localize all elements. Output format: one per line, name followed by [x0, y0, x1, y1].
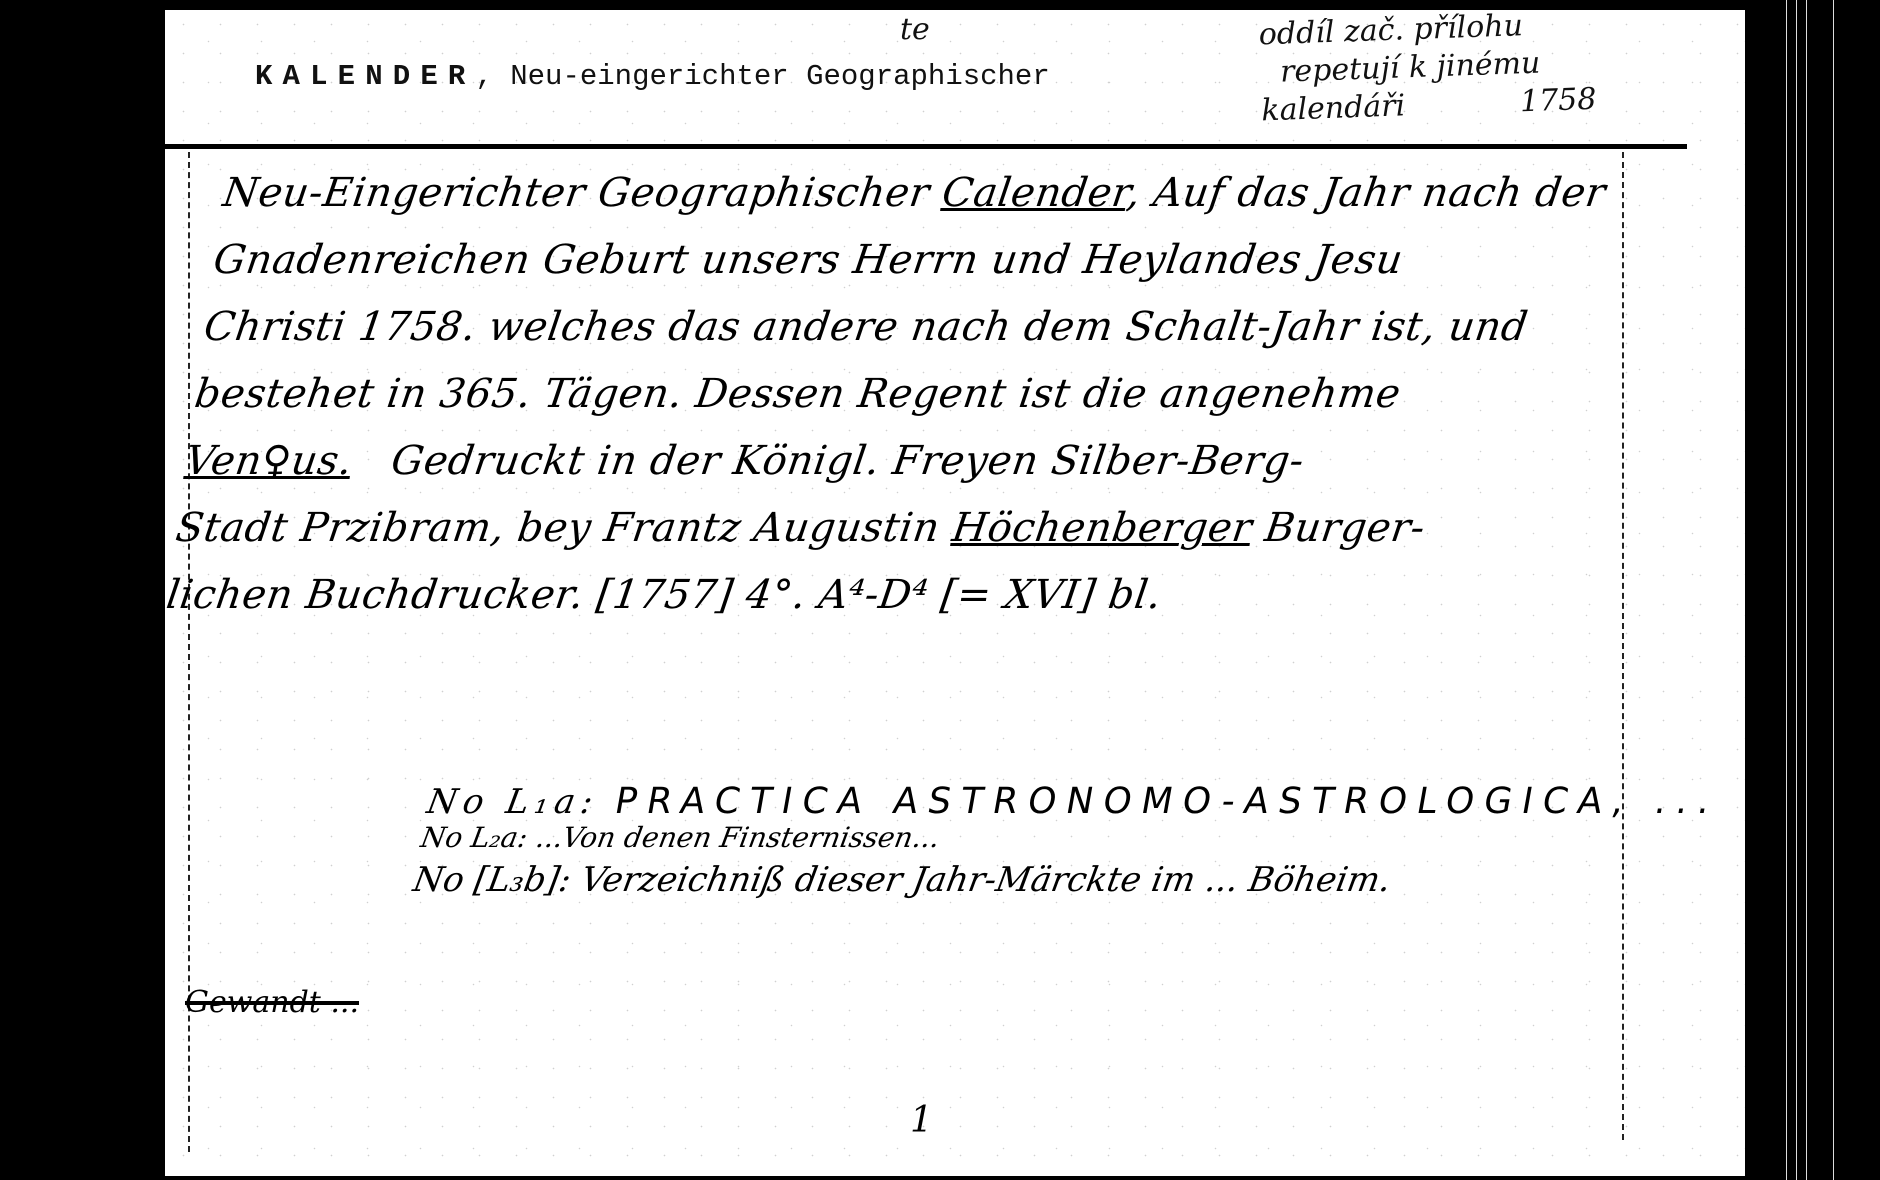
underlined-word: Ven♀us. — [182, 438, 355, 484]
header-rule — [165, 144, 1687, 149]
scanner-edge-lines — [1780, 0, 1840, 1180]
body-line-3: Christi 1758. welches das andere nach de… — [200, 294, 1639, 361]
handwritten-title-transcription: Neu-Eingerichter Geographischer Calender… — [162, 160, 1658, 629]
note-item-1: No L₁a: PRACTICA ASTRONOMO-ASTROLOGICA, … — [424, 780, 1732, 824]
body-line-4: bestehet in 365. Tägen. Dessen Regent is… — [190, 361, 1629, 428]
body-line-1: Neu-Eingerichter Geographischer Calender… — [219, 160, 1658, 227]
note-year: 1758 — [1405, 82, 1597, 124]
underlined-word: Calender — [939, 170, 1130, 216]
contents-notes: No L₁a: PRACTICA ASTRONOMO-ASTROLOGICA, … — [409, 780, 1732, 908]
body-line-7: lichen Buchdrucker. [1757] 4°. A⁴-D⁴ [= … — [162, 562, 1601, 629]
page-mark: 1 — [910, 1100, 933, 1141]
card-heading: KALENDER, Neu-eingerichter Geographische… — [255, 60, 1050, 93]
note-word: kalendáři — [1261, 88, 1406, 128]
handwritten-correction: te — [900, 12, 930, 47]
note-item-2: No L₂a: ...Von denen Finsternissen... — [419, 824, 1724, 852]
typed-title: , Neu-eingerichter Geographischer — [475, 60, 1049, 93]
underlined-word: Höchenberger — [949, 505, 1255, 551]
struck-out-word: Gewandt ... — [185, 985, 359, 1020]
body-line-6: Stadt Przibram, bey Frantz Augustin Höch… — [171, 495, 1610, 562]
catalog-card: te KALENDER, Neu-eingerichter Geographis… — [165, 10, 1745, 1176]
body-line-5: Ven♀us. Gedruckt in der Königl. Freyen S… — [181, 428, 1620, 495]
note-item-3: No [L₃b]: Verzeichniß dieser Jahr-Märckt… — [409, 852, 1719, 908]
body-line-2: Gnadenreichen Geburt unsers Herrn und He… — [209, 227, 1648, 294]
headword: KALENDER — [255, 60, 475, 93]
czech-marginal-note: oddíl zač. přílohu repetují k jinému kal… — [1258, 0, 1742, 130]
